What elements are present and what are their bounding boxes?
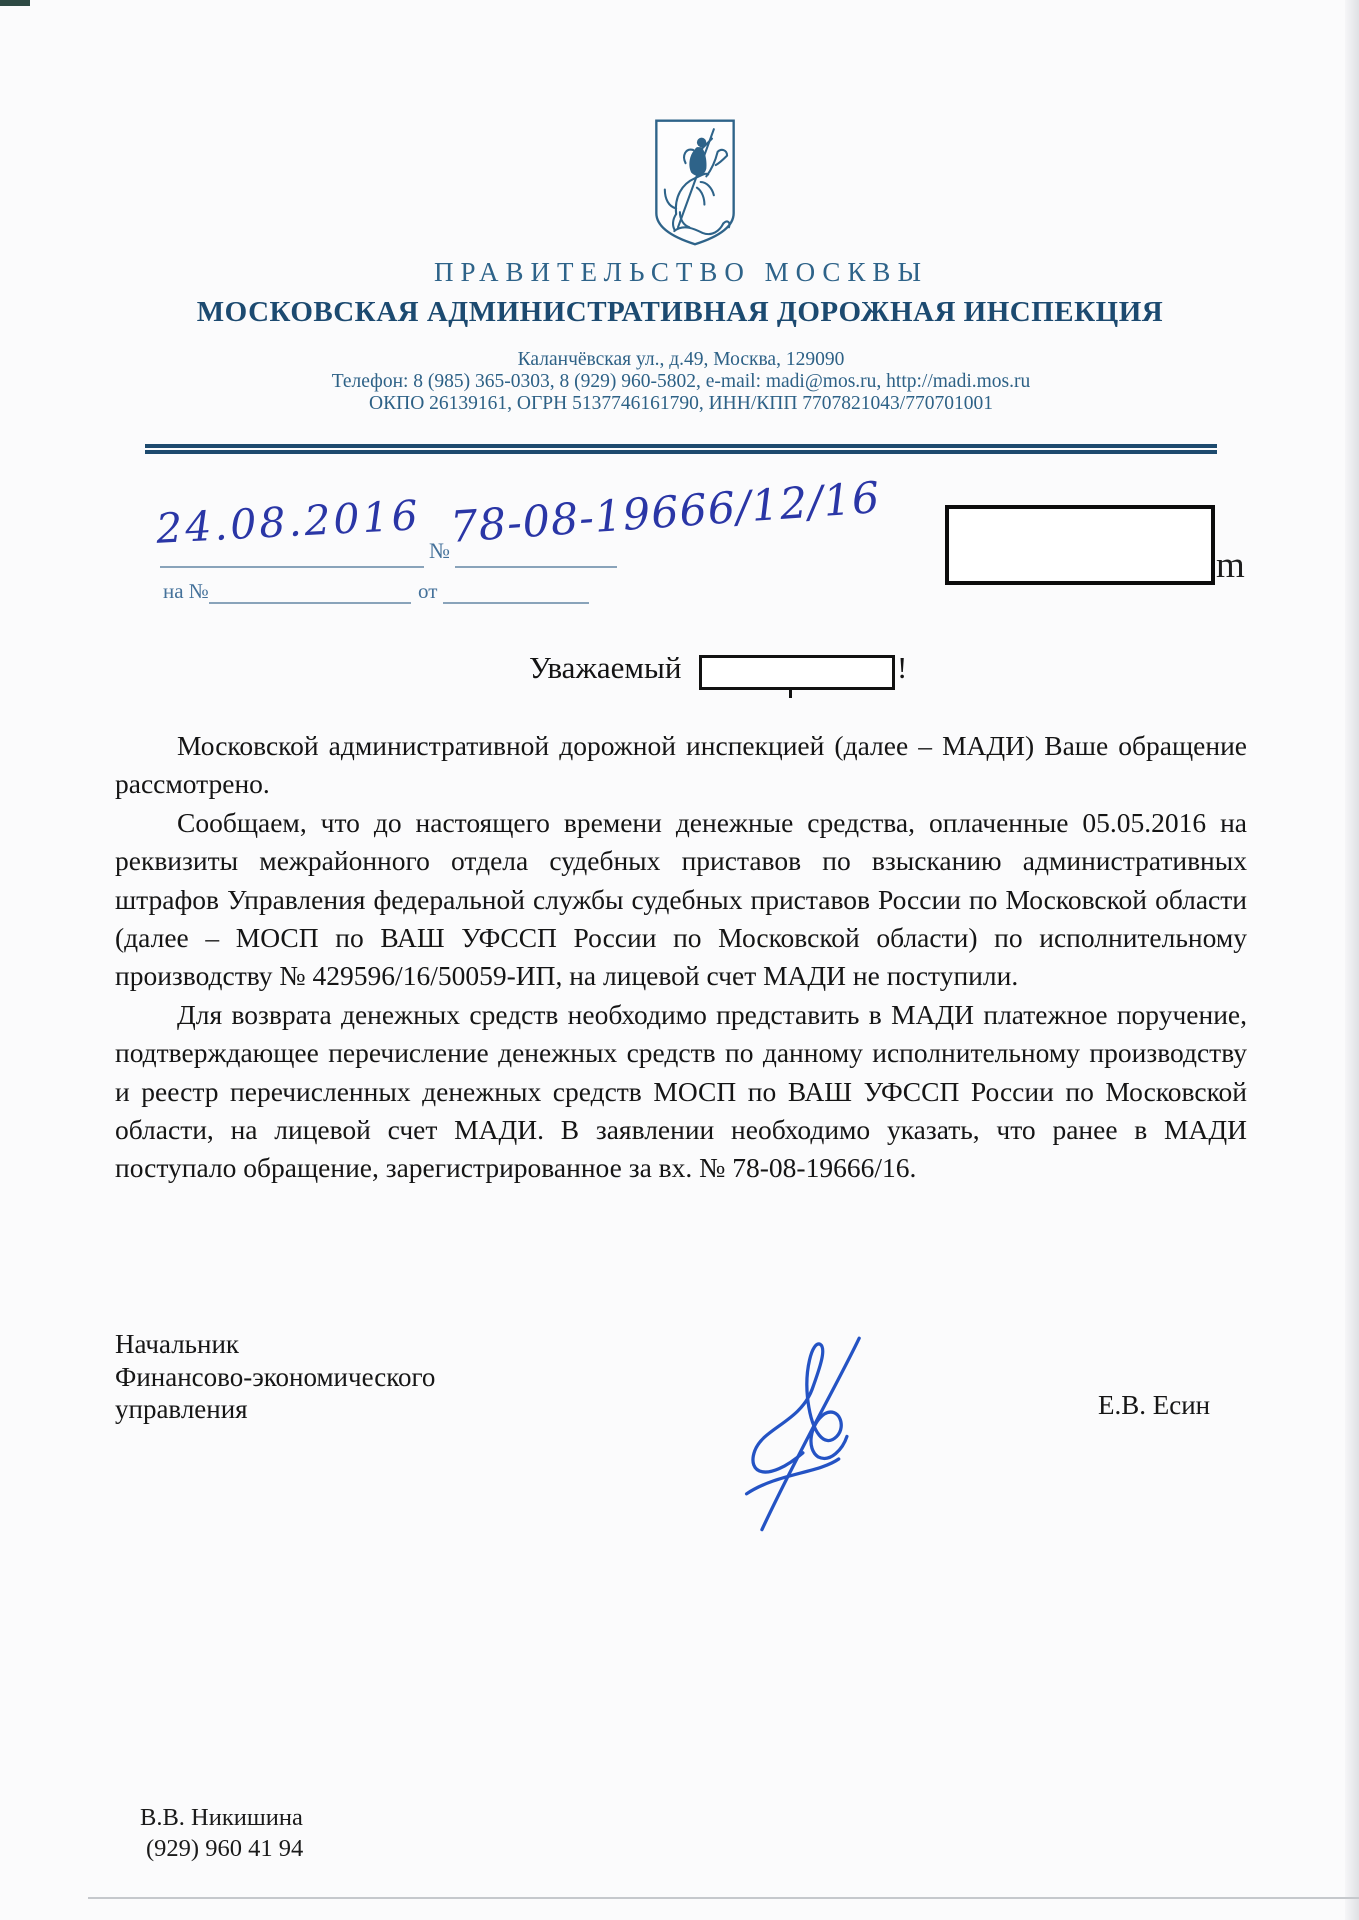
- incoming-blank-line: [209, 602, 411, 604]
- salutation-exclamation: !: [897, 650, 907, 686]
- redacted-text-suffix: m: [1216, 544, 1245, 587]
- paragraph: Сообщаем, что до настоящего времени дене…: [115, 804, 1247, 996]
- signer-title-line: Финансово-экономического: [115, 1361, 435, 1394]
- address-line: Каланчёвская ул., д.49, Москва, 129090: [145, 349, 1217, 371]
- organization-name: МОСКОВСКАЯ АДМИНИСТРАТИВНАЯ ДОРОЖНАЯ ИНС…: [100, 296, 1260, 329]
- moscow-coat-of-arms-icon: [645, 116, 745, 253]
- scan-corner-mark: [0, 0, 30, 6]
- government-line: ПРАВИТЕЛЬСТВО МОСКВЫ: [145, 257, 1217, 288]
- letterhead-divider: [145, 444, 1217, 454]
- phone-line: Телефон: 8 (985) 365-0303, 8 (929) 960-5…: [145, 371, 1217, 393]
- executor-phone: (929) 960 41 94: [146, 1835, 303, 1863]
- number-blank-line: [455, 566, 617, 568]
- letter-page: ПРАВИТЕЛЬСТВО МОСКВЫ МОСКОВСКАЯ АДМИНИСТ…: [0, 0, 1359, 1920]
- salutation-text: Уважаемый: [529, 650, 681, 686]
- paragraph: Для возврата денежных средств необходимо…: [115, 996, 1247, 1188]
- redaction-box-header: [945, 505, 1215, 585]
- signer-title-line: Начальник: [115, 1328, 435, 1361]
- number-label: №: [429, 538, 450, 564]
- date-blank-line: [160, 566, 424, 568]
- scan-edge-bottom: [88, 1897, 1359, 1899]
- redacted-letter-descender: [789, 688, 792, 698]
- scan-edge-right: [1345, 0, 1359, 1920]
- letter-body: Московской административной дорожной инс…: [115, 727, 1247, 1188]
- contact-block: Каланчёвская ул., д.49, Москва, 129090 Т…: [145, 349, 1217, 415]
- signer-name: Е.В. Есин: [1098, 1390, 1210, 1421]
- incoming-number-label: на №: [163, 579, 209, 604]
- signer-title-line: управления: [115, 1393, 435, 1426]
- registration-line: ОКПО 26139161, ОГРН 5137746161790, ИНН/К…: [145, 393, 1217, 415]
- signer-title: Начальник Финансово-экономического управ…: [115, 1328, 435, 1426]
- paragraph: Московской административной дорожной инс…: [115, 727, 1247, 804]
- executor-name: В.В. Никишина: [140, 1804, 303, 1832]
- handwritten-date: 24.08.2016: [155, 491, 422, 553]
- from-label: от: [418, 579, 437, 604]
- redaction-box-name: [699, 655, 895, 690]
- handwritten-signature: [698, 1330, 918, 1550]
- from-blank-line: [443, 602, 589, 604]
- handwritten-number: 78-08-19666/12/16: [449, 473, 882, 553]
